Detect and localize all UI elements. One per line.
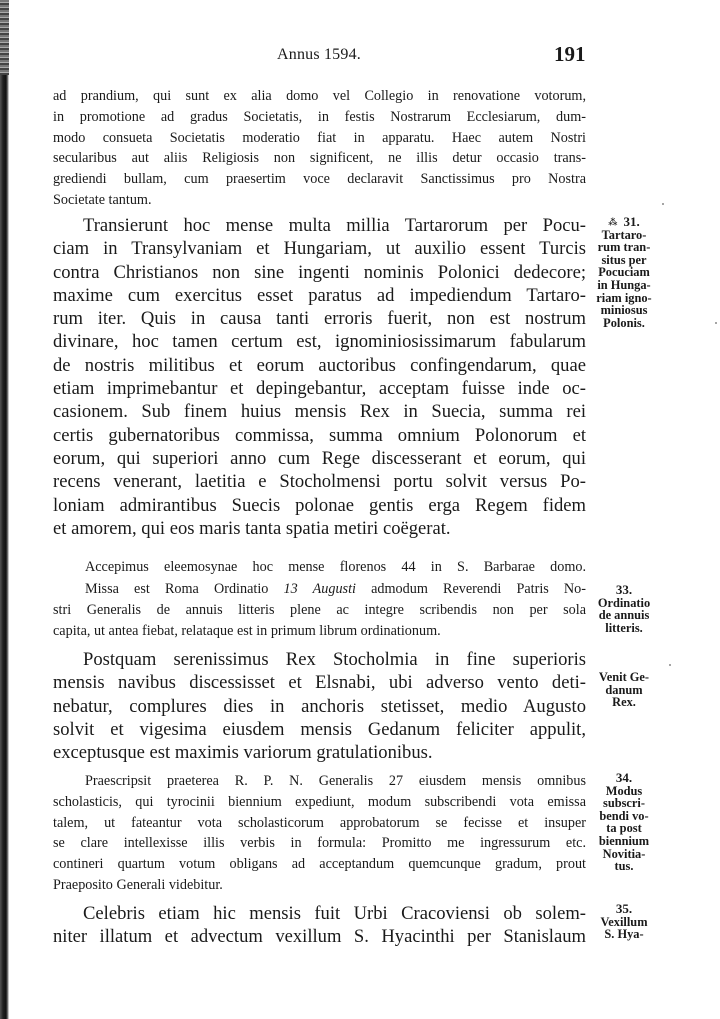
text-line: etiam imprimebantur et depingebantur, ac…	[53, 377, 586, 400]
text-line: de nostris militibus et eorum auctoribus…	[53, 354, 586, 377]
text-line: in promotione ad gradus Societatis, in f…	[53, 107, 586, 128]
text-line: Accepimus eleemosynae hoc mense florenos…	[53, 557, 586, 578]
margin-note-line: biennium	[590, 835, 658, 848]
text-line: grediendi bullam, cum praesertim voce de…	[53, 169, 586, 190]
text-line: contineri quartum votum obligans ad acce…	[53, 854, 586, 875]
text-line: Societate tantum.	[53, 190, 586, 211]
text-line: secularibus aut aliis Religiosis non sig…	[53, 148, 586, 169]
italic-date: 13 Augusti	[284, 581, 356, 597]
text-line: scholasticis, qui tyrocinii biennium exp…	[53, 792, 586, 813]
scan-speck	[715, 322, 717, 324]
text-line: Postquam serenissimus Rex Stocholmia in …	[53, 648, 586, 671]
margin-note-35: 35. Vexillum S. Hya-	[590, 903, 658, 941]
paragraph-vows: Praescripsit praeterea R. P. N. Generali…	[53, 771, 586, 896]
text-line: mensis navibus discessisset et Elsnabi, …	[53, 671, 586, 694]
book-spine-edge	[0, 0, 9, 1019]
text-line: nebatur, complures dies in anchoris stet…	[53, 695, 586, 718]
text-line: Transierunt hoc mense multa millia Tarta…	[53, 214, 586, 237]
text-line: loniam admirantibus Suecis polonae genti…	[53, 494, 586, 517]
text-line: contra Christianos non sine ingenti nomi…	[53, 261, 586, 284]
asterism-mark: ⁂	[608, 217, 617, 227]
margin-note-line: Polonis.	[590, 317, 658, 330]
margin-note-31: ⁂31. Tartaro- rum tran- situs per Pocuci…	[590, 216, 658, 329]
page-number: 191	[554, 42, 586, 67]
text-line: maxime cum exercitus esset paratus ad im…	[53, 284, 586, 307]
text-line: se clare intellexisse illis verbis in fo…	[53, 833, 586, 854]
paragraph-ordinatio: Missa est Roma Ordinatio 13 Augusti admo…	[53, 579, 586, 641]
text-line: rum iter. Quis in causa tanti erroris fu…	[53, 307, 586, 330]
margin-note-33: 33. Ordinatio de annuis litteris.	[590, 584, 658, 634]
paragraph-continuation: ad prandium, qui sunt ex alia domo vel C…	[53, 86, 586, 211]
paragraph-king-arrival: Postquam serenissimus Rex Stocholmia in …	[53, 648, 586, 764]
margin-note-number: 35.	[590, 903, 658, 916]
text-line: ad prandium, qui sunt ex alia domo vel C…	[53, 86, 586, 107]
text-line: stri Generalis de annuis litteris plene …	[53, 600, 586, 621]
text-run: admodum Reverendi Patris No-	[356, 581, 586, 597]
margin-note-line: Venit Ge-	[590, 671, 658, 684]
margin-note-line: in Hunga-	[590, 279, 658, 292]
paragraph-banner: Celebris etiam hic mensis fuit Urbi Crac…	[53, 902, 586, 949]
margin-note-venit: Venit Ge- danum Rex.	[590, 671, 658, 709]
text-line: et amorem, qui eos maris tanta spatia me…	[53, 517, 586, 540]
text-line: Praeposito Generali videbitur.	[53, 875, 586, 896]
margin-note-line: Rex.	[590, 696, 658, 709]
text-line: eorum, qui superiori anno cum Rege disce…	[53, 447, 586, 470]
margin-note-line: miniosus	[590, 304, 658, 317]
text-line: recens venerant, laetitia e Stocholmensi…	[53, 470, 586, 493]
running-head: Annus 1594.	[277, 46, 361, 64]
paragraph-alms: Accepimus eleemosynae hoc mense florenos…	[53, 557, 586, 578]
text-line: certis gubernatoribus commissa, summa om…	[53, 424, 586, 447]
text-line: niter illatum et advectum vexillum S. Hy…	[53, 925, 586, 948]
text-line: Praescripsit praeterea R. P. N. Generali…	[53, 771, 586, 792]
page-header: Annus 1594. 191	[0, 42, 720, 66]
scan-speck	[669, 664, 671, 666]
margin-note-line: S. Hya-	[590, 928, 658, 941]
text-line: ciam in Transylvaniam et Hungariam, ut a…	[53, 237, 586, 260]
text-line: solvit et vigesima eiusdem mensis Gedanu…	[53, 718, 586, 741]
margin-note-number: 33.	[590, 584, 658, 597]
text-line: modo consueta Societatis moderatio fiat …	[53, 128, 586, 149]
margin-note-line: subscri-	[590, 797, 658, 810]
text-line: casionem. Sub finem huius mensis Rex in …	[53, 400, 586, 423]
text-run: Missa est Roma Ordinatio	[85, 581, 284, 597]
margin-note-line: litteris.	[590, 622, 658, 635]
text-line: exceptusque est maximis variorum gratula…	[53, 741, 586, 764]
text-line: talem, ut fateantur vota scholasticorum …	[53, 813, 586, 834]
margin-note-line: tus.	[590, 860, 658, 873]
paragraph-tartars: Transierunt hoc mense multa millia Tarta…	[53, 214, 586, 540]
text-line: Celebris etiam hic mensis fuit Urbi Crac…	[53, 902, 586, 925]
margin-note-number: ⁂31.	[590, 216, 658, 229]
text-line: Missa est Roma Ordinatio 13 Augusti admo…	[53, 579, 586, 600]
margin-note-34: 34. Modus subscri- bendi vo- ta post bie…	[590, 772, 658, 873]
text-line: capita, ut antea fiebat, relataque est i…	[53, 621, 586, 642]
margin-note-line: rum tran-	[590, 241, 658, 254]
margin-note-number: 34.	[590, 772, 658, 785]
margin-note-line: de annuis	[590, 609, 658, 622]
text-line: divinare, hoc tamen certum est, ignomini…	[53, 330, 586, 353]
scan-speck	[662, 203, 664, 205]
